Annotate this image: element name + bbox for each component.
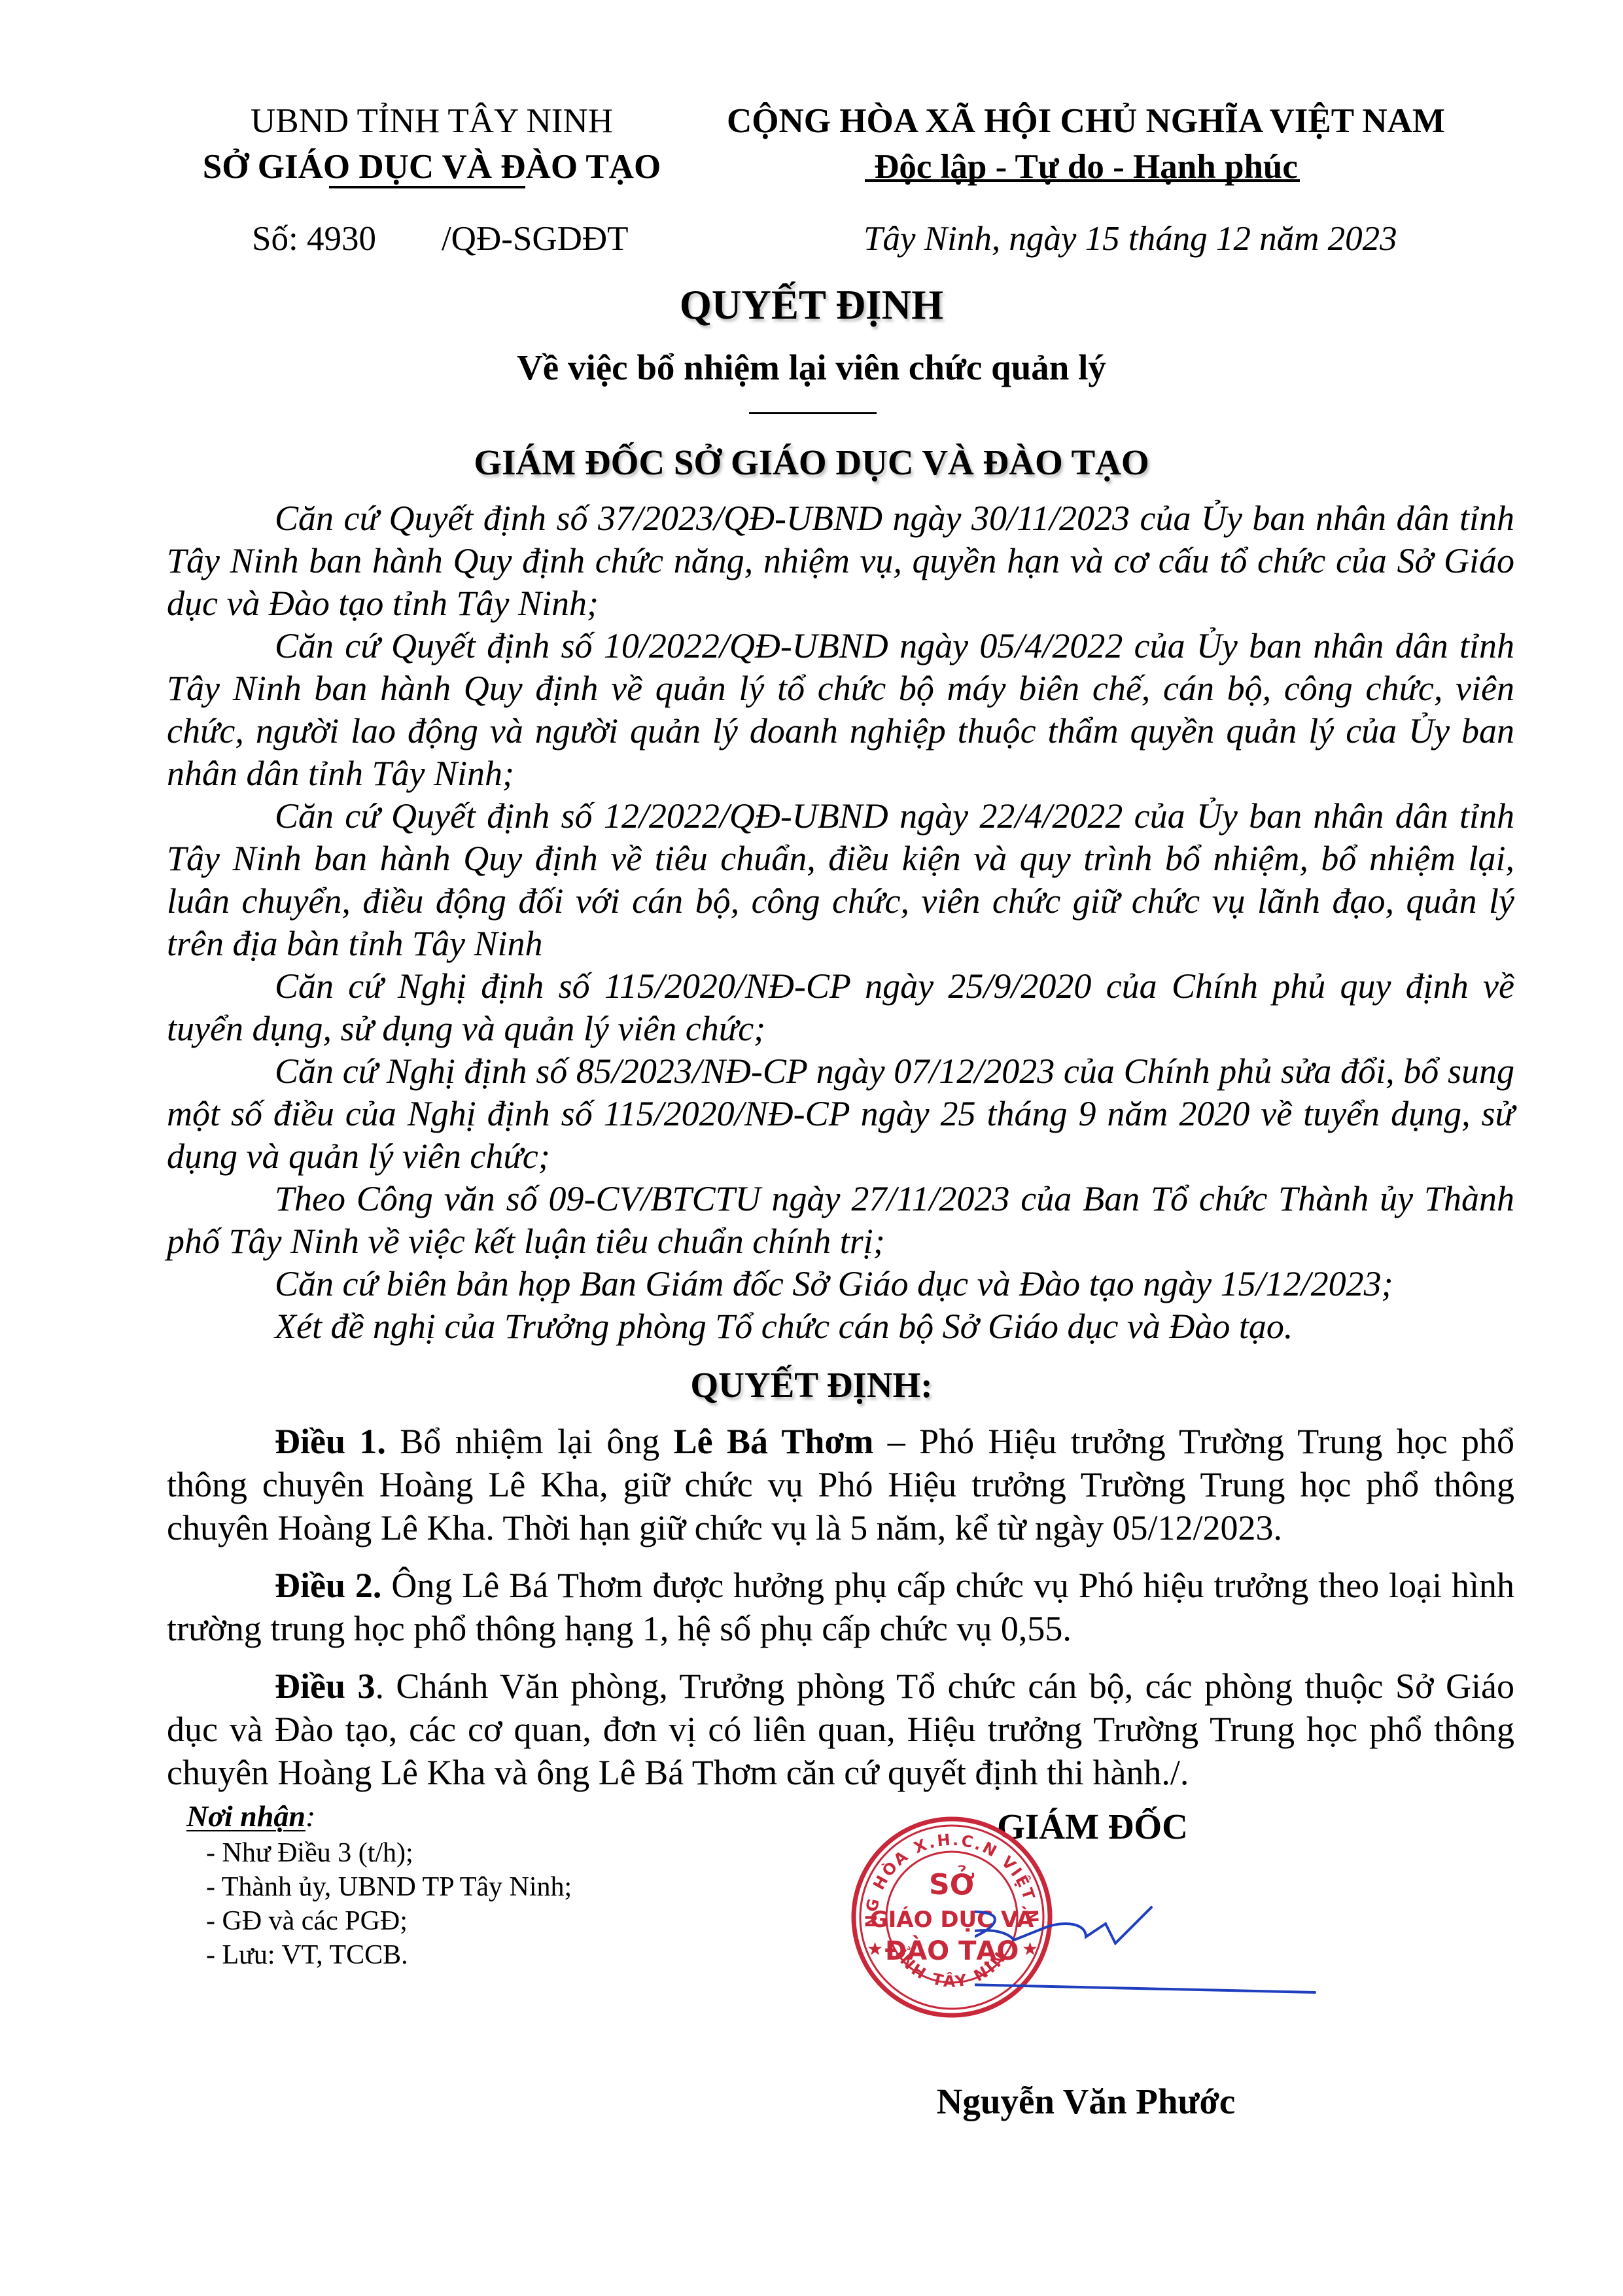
legal-basis: Căn cứ Nghị định số 115/2020/NĐ-CP ngày … bbox=[167, 965, 1514, 1050]
recipient-item: - Thành ủy, UBND TP Tây Ninh; bbox=[186, 1870, 572, 1904]
agency-parent: UBND TỈNH TÂY NINH bbox=[164, 98, 700, 144]
article-label: Điều 1. bbox=[275, 1422, 386, 1461]
recipient-item: - Lưu: VT, TCCB. bbox=[186, 1938, 572, 1972]
recipients: Nơi nhận: - Như Điều 3 (t/h); - Thành ủy… bbox=[186, 1799, 572, 1972]
appointee-name: Lê Bá Thơm bbox=[674, 1422, 874, 1461]
agency-header: UBND TỈNH TÂY NINH SỞ GIÁO DỤC VÀ ĐÀO TẠ… bbox=[164, 98, 700, 190]
preamble: Căn cứ Quyết định số 37/2023/QĐ-UBND ngà… bbox=[167, 497, 1514, 1348]
motto-underline bbox=[865, 179, 1300, 182]
agency-underline bbox=[329, 186, 525, 188]
document-subtitle: Về việc bổ nhiệm lại viên chức quản lý bbox=[0, 347, 1623, 388]
articles: Điều 1. Bổ nhiệm lại ông Lê Bá Thơm – Ph… bbox=[167, 1420, 1514, 1809]
handwritten-signature-icon bbox=[975, 1904, 1367, 2009]
legal-basis: Xét đề nghị của Trưởng phòng Tổ chức cán… bbox=[167, 1305, 1514, 1348]
article-1: Điều 1. Bổ nhiệm lại ông Lê Bá Thơm – Ph… bbox=[167, 1420, 1514, 1549]
legal-basis: Căn cứ biên bản họp Ban Giám đốc Sở Giáo… bbox=[167, 1263, 1514, 1305]
place-date: Tây Ninh, ngày 15 tháng 12 năm 2023 bbox=[864, 219, 1397, 258]
svg-text:SỞ: SỞ bbox=[929, 1864, 975, 1901]
agency-name: SỞ GIÁO DỤC VÀ ĐÀO TẠO bbox=[164, 144, 700, 190]
national-name: CỘNG HÒA XÃ HỘI CHỦ NGHĨA VIỆT NAM bbox=[687, 98, 1485, 144]
article-label: Điều 2. bbox=[275, 1566, 381, 1605]
recipients-heading: Nơi nhận: bbox=[186, 1799, 572, 1833]
recipient-item: - Như Điều 3 (t/h); bbox=[186, 1836, 572, 1870]
national-motto: Độc lập - Tự do - Hạnh phúc bbox=[687, 144, 1485, 190]
svg-text:★: ★ bbox=[867, 1938, 883, 1960]
article-3: Điều 3. Chánh Văn phòng, Trưởng phòng Tổ… bbox=[167, 1665, 1514, 1794]
issuer-title: GIÁM ĐỐC SỞ GIÁO DỤC VÀ ĐÀO TẠO bbox=[0, 442, 1623, 483]
article-label: Điều 3 bbox=[275, 1667, 375, 1706]
legal-basis: Căn cứ Quyết định số 12/2022/QĐ-UBND ngà… bbox=[167, 795, 1514, 965]
national-header: CỘNG HÒA XÃ HỘI CHỦ NGHĨA VIỆT NAM Độc l… bbox=[687, 98, 1485, 190]
document-title: QUYẾT ĐỊNH bbox=[0, 281, 1623, 329]
title-divider bbox=[749, 412, 877, 414]
document-number: Số: 4930/QĐ-SGDĐT bbox=[252, 219, 629, 258]
recipient-item: - GĐ và các PGĐ; bbox=[186, 1904, 572, 1938]
decision-heading: QUYẾT ĐỊNH: bbox=[0, 1364, 1623, 1405]
legal-basis: Căn cứ Nghị định số 85/2023/NĐ-CP ngày 0… bbox=[167, 1050, 1514, 1178]
legal-basis: Căn cứ Quyết định số 10/2022/QĐ-UBND ngà… bbox=[167, 625, 1514, 795]
legal-basis: Theo Công văn số 09-CV/BTCTU ngày 27/11/… bbox=[167, 1178, 1514, 1263]
legal-basis: Căn cứ Quyết định số 37/2023/QĐ-UBND ngà… bbox=[167, 497, 1514, 625]
signer-name: Nguyễn Văn Phước bbox=[850, 2081, 1321, 2122]
article-2: Điều 2. Ông Lê Bá Thơm được hưởng phụ cấ… bbox=[167, 1564, 1514, 1650]
